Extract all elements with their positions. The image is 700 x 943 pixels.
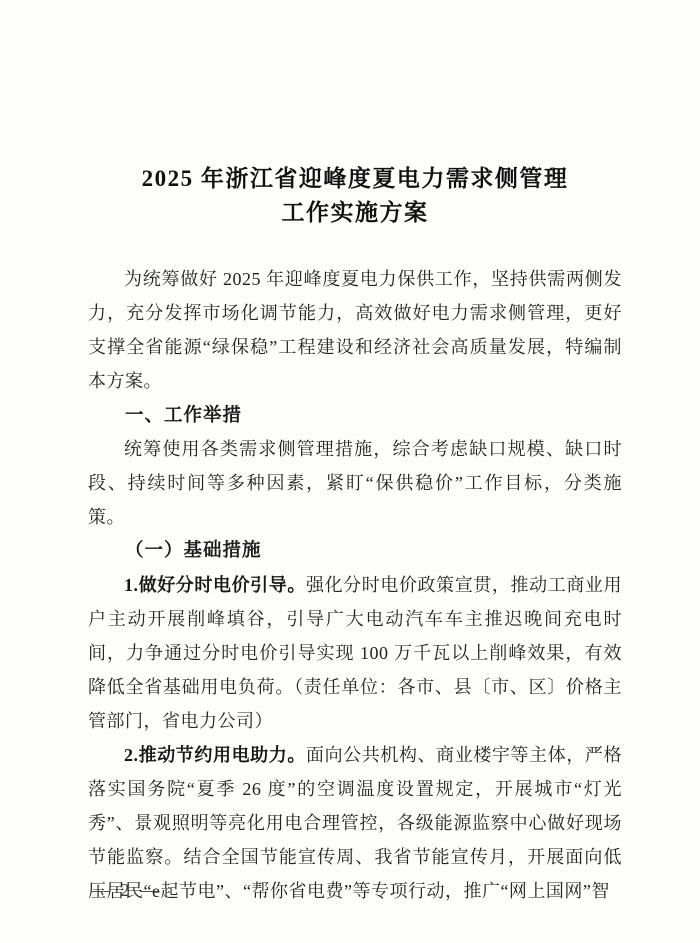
- measure-2-text: 面向公共机构、商业楼宇等主体，严格落实国务院“夏季 26 度”的空调温度设置规定…: [88, 745, 622, 901]
- document-page-content: 2025 年浙江省迎峰度夏电力需求侧管理 工作实施方案 为统筹做好 2025 年…: [88, 0, 622, 908]
- document-title-line-2: 工作实施方案: [282, 200, 429, 225]
- subsection-heading-basic-measures: （一）基础措施: [88, 534, 622, 568]
- measure-2-paragraph: 2.推动节约用电助力。面向公共机构、商业楼宇等主体，严格落实国务院“夏季 26 …: [88, 738, 622, 908]
- intro-paragraph: 为统筹做好 2025 年迎峰度夏电力保供工作，坚持供需两侧发力，充分发挥市场化调…: [88, 262, 622, 398]
- document-title: 2025 年浙江省迎峰度夏电力需求侧管理 工作实施方案: [88, 162, 622, 230]
- measure-2-lead: 2.推动节约用电助力。: [124, 745, 306, 765]
- page-number: — 2 —: [92, 880, 161, 900]
- section-heading-work-measures: 一、工作举措: [88, 398, 622, 432]
- measure-1-text: 强化分时电价政策宣贯，推动工商业用户主动开展削峰填谷，引导广大电动汽车车主推迟晚…: [88, 575, 622, 731]
- document-title-line-1: 2025 年浙江省迎峰度夏电力需求侧管理: [142, 166, 569, 191]
- measure-1-lead: 1.做好分时电价引导。: [124, 575, 306, 595]
- measure-1-paragraph: 1.做好分时电价引导。强化分时电价政策宣贯，推动工商业用户主动开展削峰填谷，引导…: [88, 568, 622, 738]
- overview-paragraph: 统筹使用各类需求侧管理措施，综合考虑缺口规模、缺口时段、持续时间等多种因素，紧盯…: [88, 432, 622, 534]
